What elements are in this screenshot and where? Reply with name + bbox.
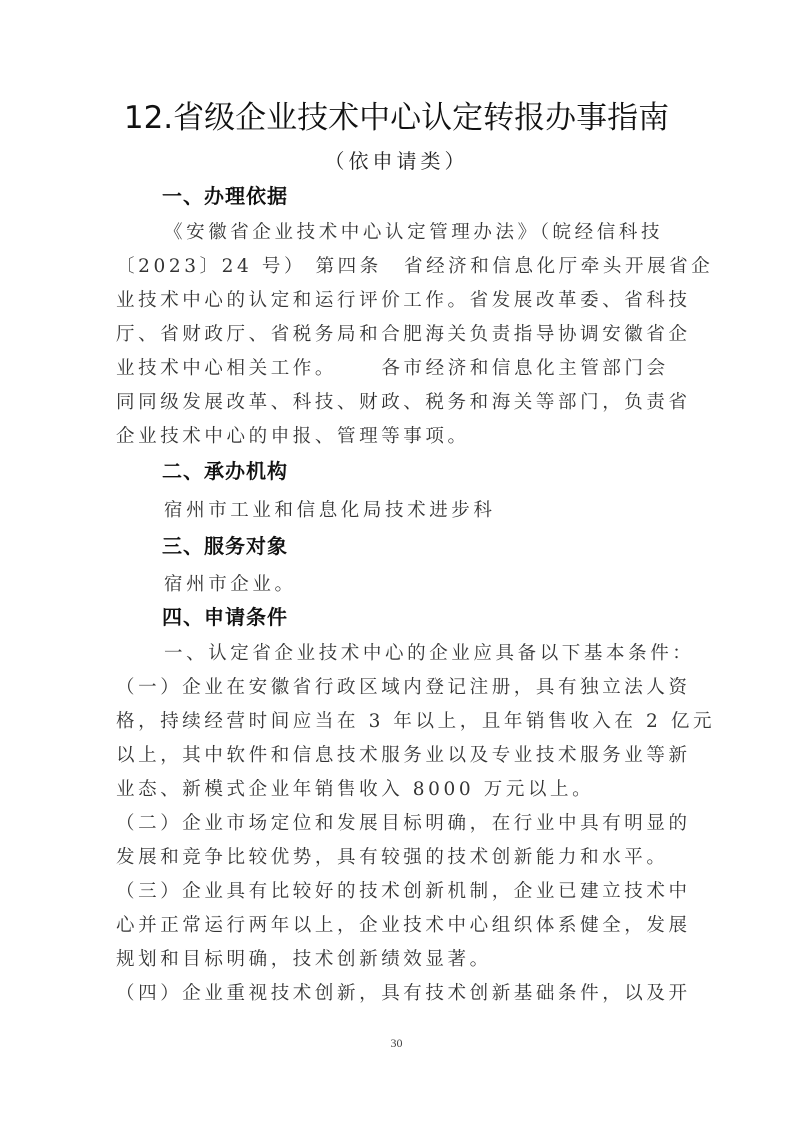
paragraph-line: （四）企业重视技术创新，具有技术创新基础条件，以及开	[116, 977, 682, 1011]
document-page: 12.省级企业技术中心认定转报办事指南 （依申请类） 一、办理依据 《安徽省企业…	[0, 0, 793, 1122]
paragraph-line: 发展和竞争比较优势，具有较强的技术创新能力和水平。	[116, 841, 682, 875]
paragraph-line: 一、认定省企业技术中心的企业应具备以下基本条件：	[116, 637, 682, 671]
section-body-basis: 《安徽省企业技术中心认定管理办法》（皖经信科技 〔2023〕24 号） 第四条 …	[116, 216, 682, 454]
section-heading-service-target: 三、服务对象	[162, 531, 288, 561]
paragraph-line: 宿州市企业。	[116, 568, 682, 602]
paragraph-line: 企业技术中心的申报、管理等事项。	[116, 420, 682, 454]
paragraph-line: （三）企业具有比较好的技术创新机制，企业已建立技术中	[116, 875, 682, 909]
paragraph-line: （二）企业市场定位和发展目标明确，在行业中具有明显的	[116, 807, 682, 841]
paragraph-line: 业态、新模式企业年销售收入 8000 万元以上。	[116, 773, 682, 807]
paragraph-line: （一）企业在安徽省行政区域内登记注册，具有独立法人资	[116, 671, 682, 705]
paragraph-line: 《安徽省企业技术中心认定管理办法》（皖经信科技	[116, 216, 682, 250]
section-body-conditions: 一、认定省企业技术中心的企业应具备以下基本条件： （一）企业在安徽省行政区域内登…	[116, 637, 682, 1011]
paragraph-line: 以上，其中软件和信息技术服务业以及专业技术服务业等新	[116, 739, 682, 773]
paragraph-line: 宿州市工业和信息化局技术进步科	[116, 494, 682, 528]
section-heading-basis: 一、办理依据	[162, 181, 288, 211]
paragraph-line: 〔2023〕24 号） 第四条 省经济和信息化厅牵头开展省企	[116, 250, 682, 284]
page-subtitle: （依申请类）	[0, 146, 793, 176]
page-title: 12.省级企业技术中心认定转报办事指南	[0, 98, 793, 138]
paragraph-line: 心并正常运行两年以上，企业技术中心组织体系健全，发展	[116, 909, 682, 943]
paragraph-line: 厅、省财政厅、省税务局和合肥海关负责指导协调安徽省企	[116, 318, 682, 352]
section-heading-agency: 二、承办机构	[162, 456, 288, 486]
page-number: 30	[0, 1036, 793, 1051]
paragraph-line: 业技术中心相关工作。 各市经济和信息化主管部门会	[116, 352, 682, 386]
section-heading-conditions: 四、申请条件	[162, 602, 288, 632]
paragraph-line: 同同级发展改革、科技、财政、税务和海关等部门，负责省	[116, 386, 682, 420]
section-body-agency: 宿州市工业和信息化局技术进步科	[116, 494, 682, 528]
paragraph-line: 规划和目标明确，技术创新绩效显著。	[116, 943, 682, 977]
section-body-service-target: 宿州市企业。	[116, 568, 682, 602]
paragraph-line: 业技术中心的认定和运行评价工作。省发展改革委、省科技	[116, 284, 682, 318]
paragraph-line: 格，持续经营时间应当在 3 年以上，且年销售收入在 2 亿元	[116, 705, 682, 739]
